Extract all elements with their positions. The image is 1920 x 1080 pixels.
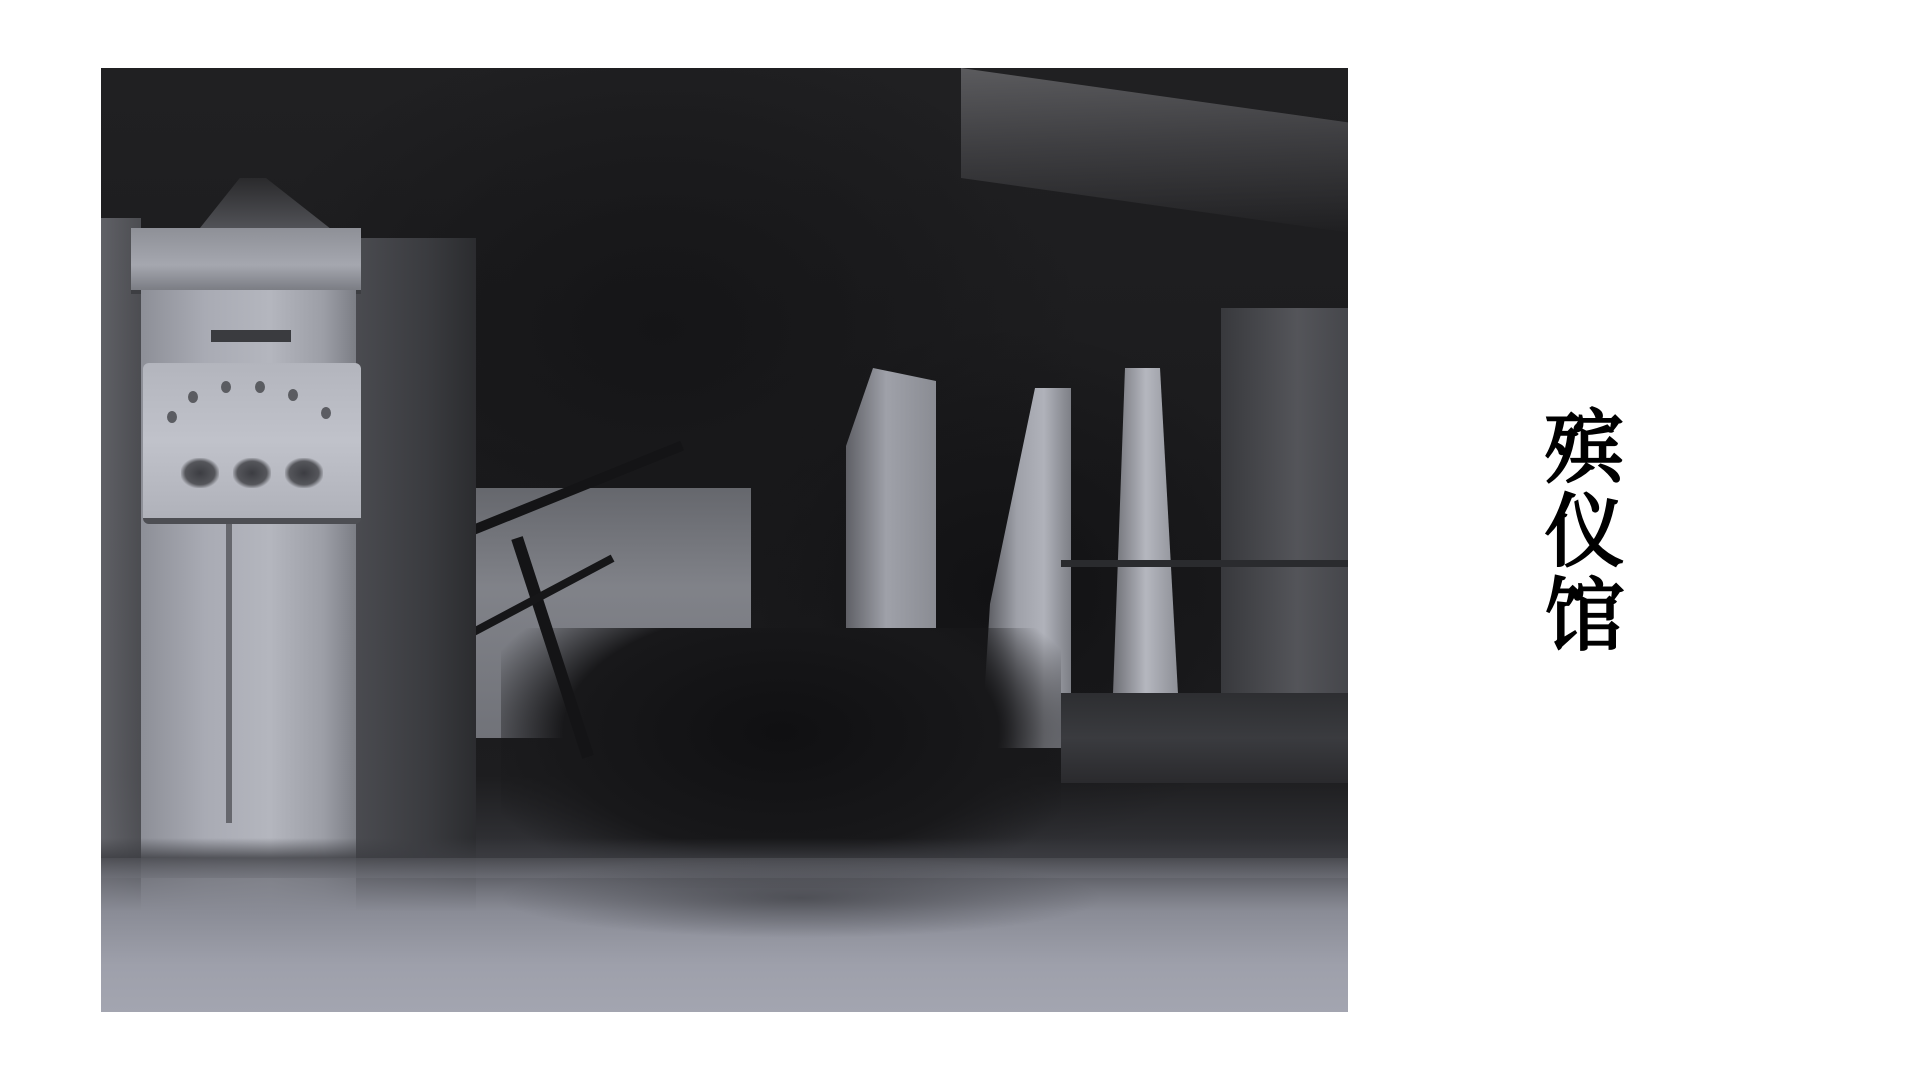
- vertical-caption: 殡仪馆: [1530, 405, 1620, 657]
- funeral-parlor-photo: [101, 68, 1348, 1012]
- plaque-slot: [211, 330, 291, 342]
- plaque-mark: [288, 389, 298, 401]
- slide: 殡仪馆: [0, 0, 1920, 1080]
- left-wall: [101, 218, 141, 918]
- plaque-mark: [221, 381, 231, 393]
- plaque-character: [285, 458, 323, 488]
- plaque-mark: [188, 391, 198, 403]
- plaque-character: [181, 458, 219, 488]
- ground: [101, 858, 1348, 1012]
- plaque-mark: [167, 411, 177, 423]
- plaque-mark: [255, 381, 265, 393]
- gate-pillar-cap: [131, 228, 361, 294]
- center-column: [846, 368, 936, 628]
- pillar-groove: [226, 523, 232, 823]
- railing: [1061, 560, 1348, 567]
- gate-plaque: [143, 363, 361, 524]
- plaque-character: [233, 458, 271, 488]
- building-right: [1221, 308, 1348, 748]
- building-steps: [1061, 693, 1348, 783]
- plaque-mark: [321, 407, 331, 419]
